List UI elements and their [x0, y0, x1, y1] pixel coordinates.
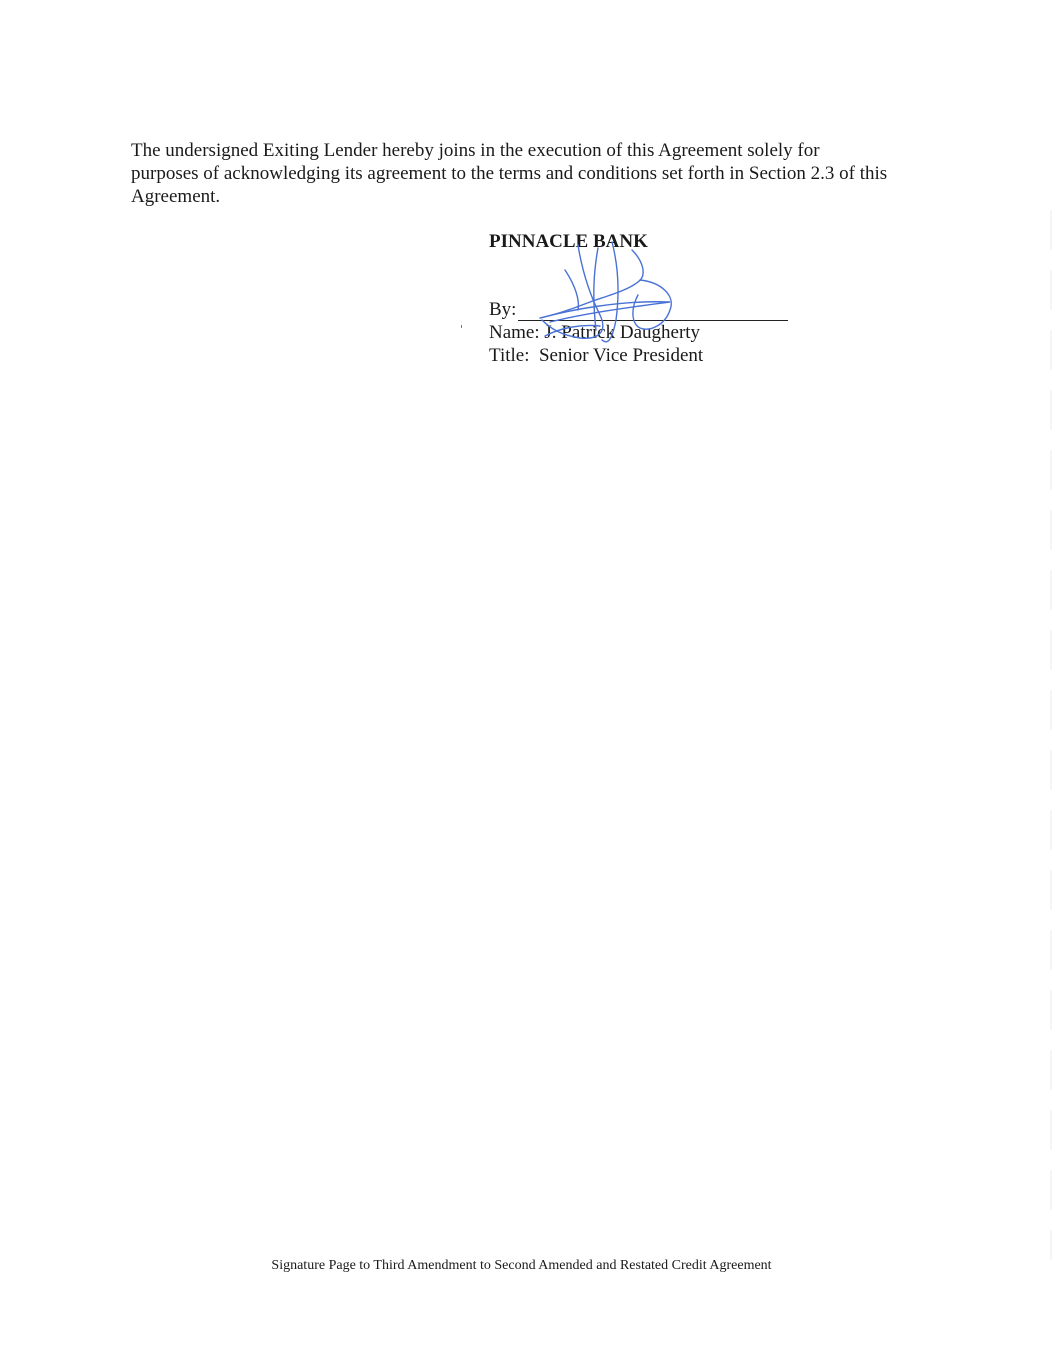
document-page: The undersigned Exiting Lender hereby jo… [0, 0, 1055, 1365]
page-footer: Signature Page to Third Amendment to Sec… [0, 1258, 1043, 1274]
by-label: By: [489, 298, 516, 321]
scan-artifact [461, 325, 462, 328]
signer-name: Name: J. Patrick Daugherty [489, 321, 788, 344]
signature-line [518, 302, 788, 321]
signature-block: PINNACLE BANK By: Name: J. Patrick Daugh… [489, 230, 788, 367]
scan-edge [1050, 210, 1052, 1260]
entity-name: PINNACLE BANK [489, 230, 788, 253]
body-paragraph: The undersigned Exiting Lender hereby jo… [131, 139, 891, 208]
signer-title: Title: Senior Vice President [489, 344, 788, 367]
by-line: By: [489, 298, 788, 321]
